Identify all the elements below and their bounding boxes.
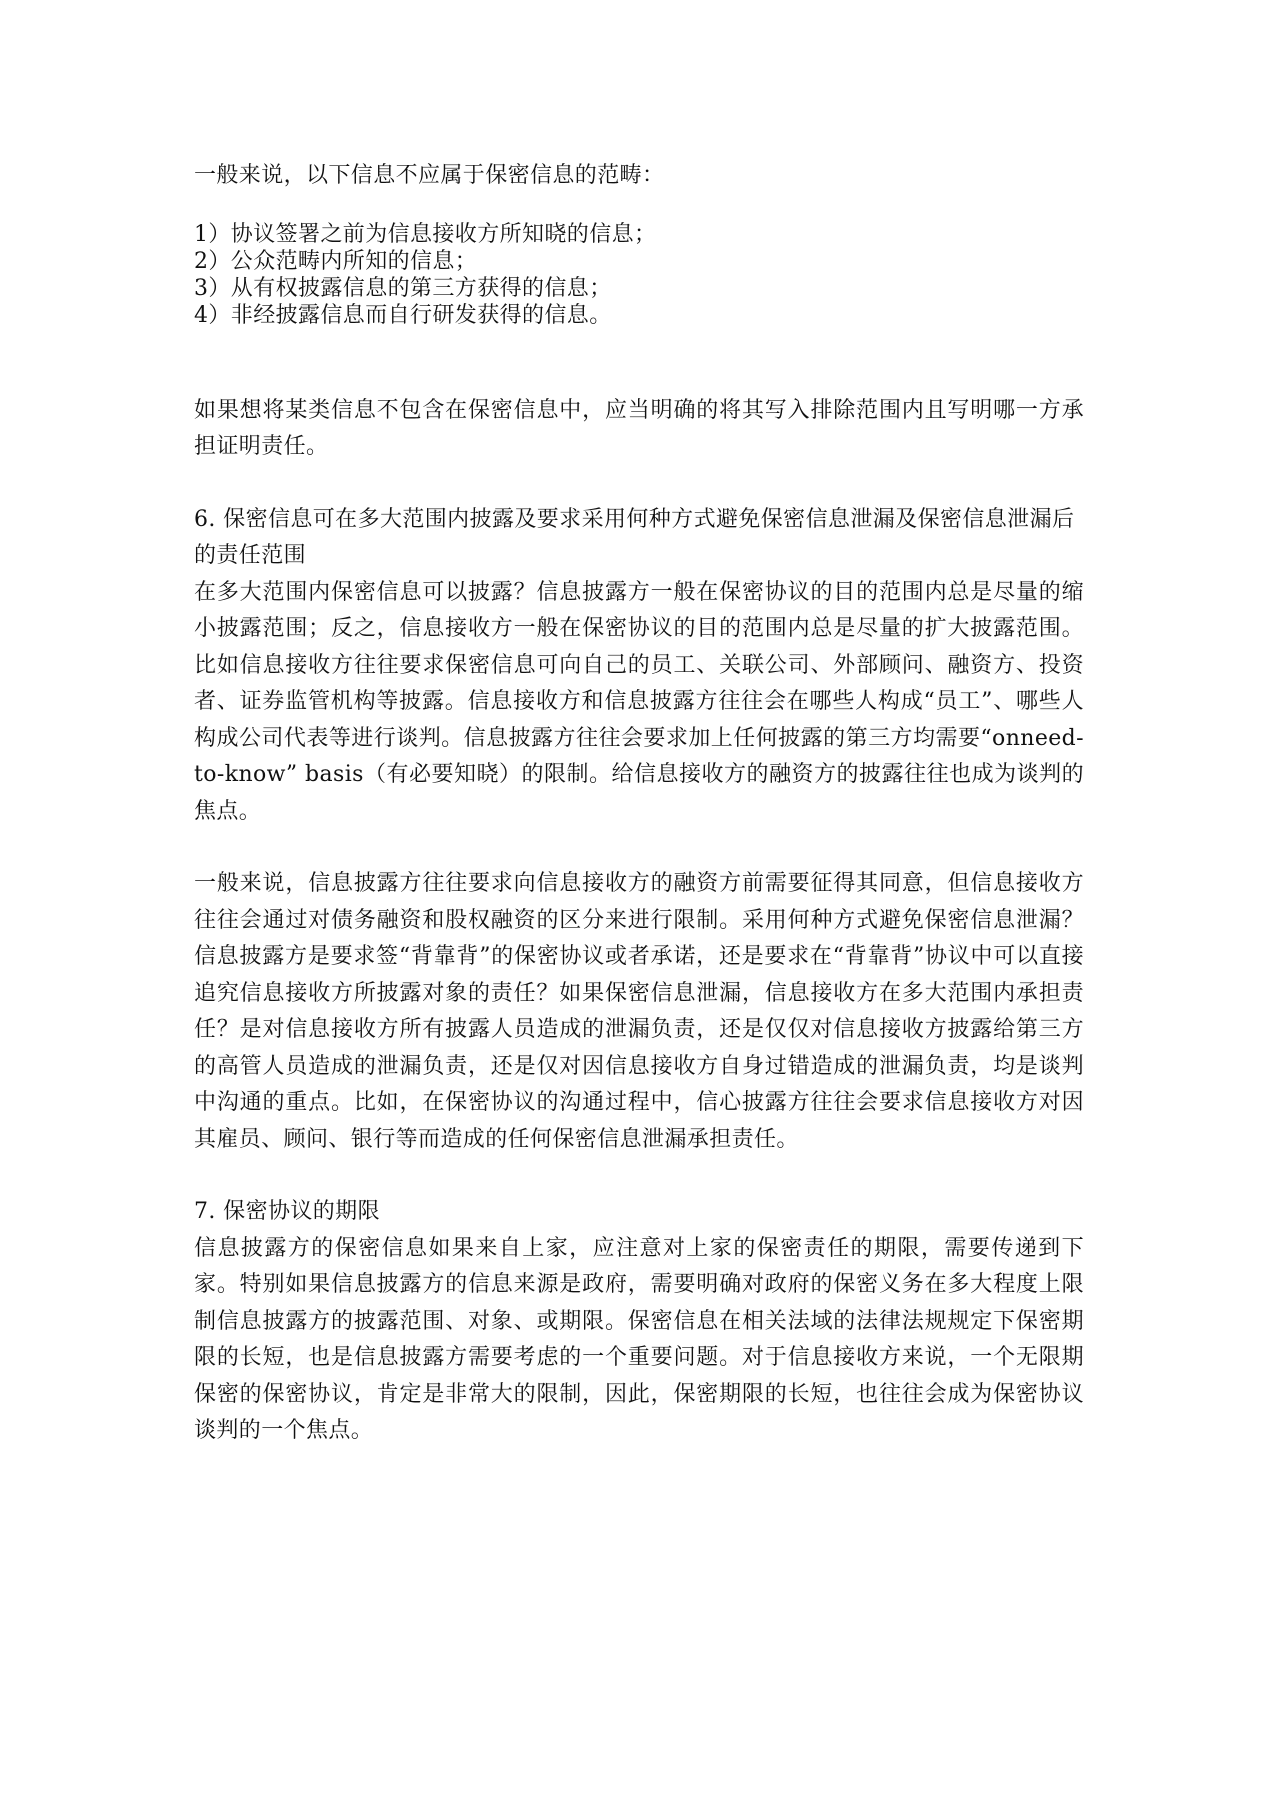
exclusion-item: 3）从有权披露信息的第三方获得的信息； bbox=[194, 275, 1084, 302]
exclusion-item: 1）协议签署之前为信息接收方所知晓的信息； bbox=[194, 221, 1084, 248]
section-6-heading: 6. 保密信息可在多大范围内披露及要求采用何种方式避免保密信息泄漏及保密信息泄漏… bbox=[194, 502, 1084, 575]
exclusion-list: 1）协议签署之前为信息接收方所知晓的信息； 2）公众范畴内所知的信息； 3）从有… bbox=[194, 221, 1084, 329]
section-6-paragraph-2: 一般来说，信息披露方往往要求向信息接收方的融资方前需要征得其同意，但信息接收方往… bbox=[194, 866, 1084, 1158]
exclusion-item: 4）非经披露信息而自行研发获得的信息。 bbox=[194, 302, 1084, 329]
section-7-heading: 7. 保密协议的期限 bbox=[194, 1194, 1084, 1231]
exclusion-item: 2）公众范畴内所知的信息； bbox=[194, 248, 1084, 275]
section-6-paragraph-1: 在多大范围内保密信息可以披露？信息披露方一般在保密协议的目的范围内总是尽量的缩小… bbox=[194, 575, 1084, 831]
intro-paragraph: 一般来说，以下信息不应属于保密信息的范畴： bbox=[194, 158, 1084, 195]
section-7-paragraph-1: 信息披露方的保密信息如果来自上家，应注意对上家的保密责任的期限，需要传递到下家。… bbox=[194, 1231, 1084, 1450]
exclusion-note-paragraph: 如果想将某类信息不包含在保密信息中，应当明确的将其写入排除范围内且写明哪一方承担… bbox=[194, 393, 1084, 466]
document-page: 一般来说，以下信息不应属于保密信息的范畴： 1）协议签署之前为信息接收方所知晓的… bbox=[194, 158, 1084, 1450]
